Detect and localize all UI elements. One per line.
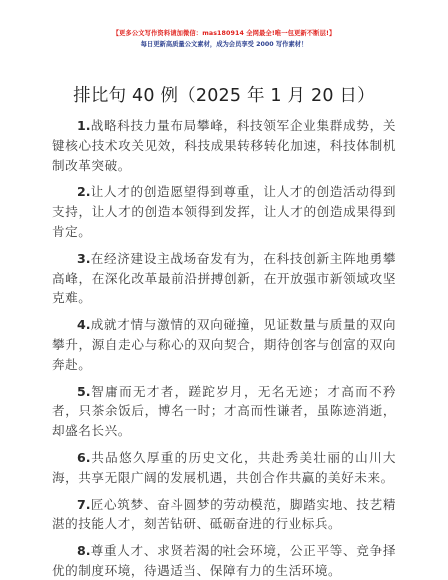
paragraph-3: 3.在经济建设主战场奋发有为，在科技创新主阵地勇攀高峰，在深化改革最前沿拼搏创新… xyxy=(52,249,396,308)
paragraph-text: 智庸而无才者，蹉跎岁月，无名无迹；才高而不矜者，只茶余饭后，博名一时；才高而性谦… xyxy=(52,384,396,439)
paragraph-5: 5.智庸而无才者，蹉跎岁月，无名无迹；才高而不矜者，只茶余饭后，博名一时；才高而… xyxy=(52,382,396,441)
paragraph-4: 4.成就才情与激情的双向碰撞，见证数量与质量的双向攀升，源自走心与称心的双向契合… xyxy=(52,315,396,374)
paragraph-text: 成就才情与激情的双向碰撞，见证数量与质量的双向攀升，源自走心与称心的双向契合，期… xyxy=(52,317,396,372)
paragraph-number: 4. xyxy=(77,317,91,332)
document-page: 【更多公文写作资料请加微信：mas180914 全网最全!唯一包更新不断层!】 … xyxy=(0,0,448,580)
paragraph-text: 让人才的创造愿望得到尊重，让人才的创造活动得到支持，让人才的创造本领得到发挥，让… xyxy=(52,184,396,239)
paragraph-2: 2.让人才的创造愿望得到尊重，让人才的创造活动得到支持，让人才的创造本领得到发挥… xyxy=(52,182,396,241)
document-body: 1.战略科技力量布局攀峰，科技领军企业集群成势，关键核心技术攻关见效，科技成果转… xyxy=(52,116,396,580)
paragraph-text: 匠心筑梦、奋斗圆梦的劳动模范，脚踏实地、技艺精湛的技能人才，刻苦钻研、砥砺奋进的… xyxy=(52,497,396,532)
paragraph-number: 6. xyxy=(77,450,91,465)
paragraph-text: 在经济建设主战场奋发有为，在科技创新主阵地勇攀高峰，在深化改革最前沿拼搏创新，在… xyxy=(52,251,396,306)
promo-banner-line-2: 每日更新高质量公文素材，成为会员享受 2000 写作素材！ xyxy=(0,39,448,48)
paragraph-text: 共品悠久厚重的历史文化，共赴秀美壮丽的山川大海，共享无限广阔的发展机遇，共创合作… xyxy=(52,450,396,485)
promo-banner-line-1: 【更多公文写作资料请加微信：mas180914 全网最全!唯一包更新不断层!】 xyxy=(0,28,448,37)
paragraph-7: 7.匠心筑梦、奋斗圆梦的劳动模范，脚踏实地、技艺精湛的技能人才，刻苦钻研、砥砺奋… xyxy=(52,495,396,535)
paragraph-number: 1. xyxy=(77,118,91,133)
paragraph-number: 3. xyxy=(77,251,91,266)
paragraph-number: 5. xyxy=(77,384,91,399)
paragraph-text: 战略科技力量布局攀峰，科技领军企业集群成势，关键核心技术攻关见效，科技成果转移转… xyxy=(52,118,396,173)
page-number: 1 xyxy=(0,546,448,555)
document-title: 排比句 40 例（2025 年 1 月 20 日） xyxy=(0,82,448,107)
paragraph-6: 6.共品悠久厚重的历史文化，共赴秀美壮丽的山川大海，共享无限广阔的发展机遇，共创… xyxy=(52,448,396,488)
paragraph-1: 1.战略科技力量布局攀峰，科技领军企业集群成势，关键核心技术攻关见效，科技成果转… xyxy=(52,116,396,175)
paragraph-number: 7. xyxy=(77,497,91,512)
paragraph-number: 2. xyxy=(77,184,91,199)
